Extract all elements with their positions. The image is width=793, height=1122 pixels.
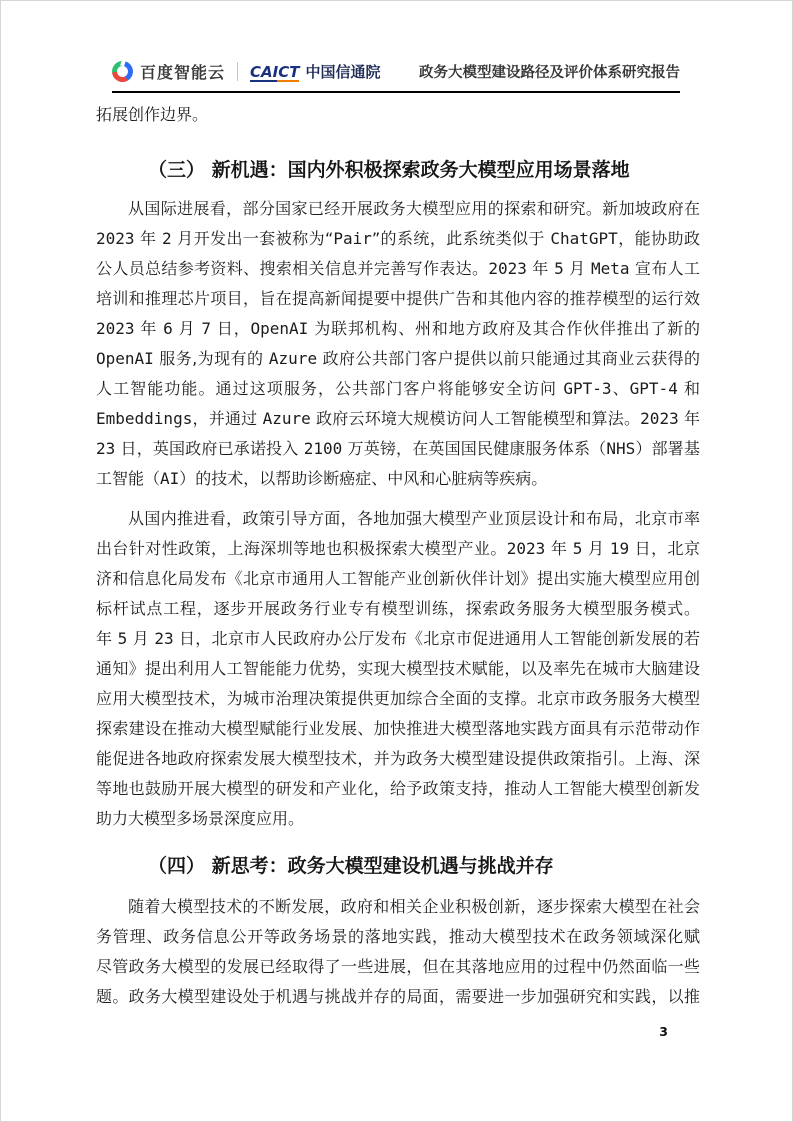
text-line: 随着大模型技术的不断发展，政府和相关企业积极创新，逐步探索大模型在社会服: [96, 892, 700, 922]
latin-text: 5: [554, 259, 564, 278]
latin-text: GPT-4: [630, 379, 678, 398]
latin-text: 23: [96, 439, 115, 458]
document-page: 百度智能云 CAICT 中国信通院 政务大模型建设路径及评价体系研究报告 拓展创…: [0, 0, 793, 1122]
latin-text: 2023: [488, 259, 527, 278]
latin-text: NHS: [606, 439, 635, 458]
text-line: 应用大模型技术，为城市治理决策提供更加综合全面的支撑。北京市政务服务大模型的: [96, 684, 700, 714]
paragraph: 随着大模型技术的不断发展，政府和相关企业积极创新，逐步探索大模型在社会服务管理、…: [96, 892, 700, 1012]
latin-text: 2023: [507, 539, 546, 558]
header-rule: [112, 91, 680, 93]
text-line: 助力大模型多场景深度应用。: [96, 804, 700, 834]
latin-text: 7: [201, 319, 211, 338]
text-line: 尽管政务大模型的发展已经取得了一些进展，但在其落地应用的过程中仍然面临一些问: [96, 952, 700, 982]
text-line: 工智能（AI）的技术，以帮助诊断癌症、中风和心脏病等疾病。: [96, 464, 700, 494]
latin-text: Pair: [333, 229, 372, 248]
latin-text: GPT-3: [563, 379, 611, 398]
baidu-logo-text: 百度智能云: [140, 60, 225, 83]
text-line: 2023 年 6 月 7 日，OpenAI 为联邦机构、州和地方政府及其合作伙伴…: [96, 314, 700, 344]
caict-logo-text: CAICT: [250, 63, 299, 82]
latin-text: 19: [610, 539, 629, 558]
text-line: 人工智能功能。通过这项服务，公共部门客户将能够安全访问 GPT-3、GPT-4 …: [96, 374, 700, 404]
latin-text: 5: [118, 629, 128, 648]
text-line: Embeddings，并通过 Azure 政府云环境大规模访问人工智能模型和算法…: [96, 404, 700, 434]
text-line: 23 日，英国政府已承诺投入 2100 万英镑，在英国国民健康服务体系（NHS）…: [96, 434, 700, 464]
text-line: 培训和推理芯片项目，旨在提高新闻提要中提供广告和其他内容的推荐模型的运行效率。: [96, 284, 700, 314]
section-heading: （三） 新机遇：国内外积极探索政务大模型应用场景落地: [96, 156, 700, 184]
text-line: 拓展创作边界。: [96, 100, 700, 130]
text-line: 标杆试点工程，逐步开展政务行业专有模型训练，探索政务服务大模型服务模式。2023: [96, 594, 700, 624]
text-line: 公人员总结参考资料、搜索相关信息并完善写作表达。2023 年 5 月 Meta …: [96, 254, 700, 284]
paragraph: 拓展创作边界。: [96, 100, 700, 130]
caict-logo: CAICT 中国信通院: [250, 61, 380, 82]
text-line: 探索建设在推动大模型赋能行业发展、加快推进大模型落地实践方面具有示范带动作用，: [96, 714, 700, 744]
text-line: 从国内推进看，政策引导方面，各地加强大模型产业顶层设计和布局，北京市率先: [96, 504, 700, 534]
latin-text: 5: [573, 539, 583, 558]
text-line: 年 5 月 23 日，北京市人民政府办公厅发布《北京市促进通用人工智能创新发展的…: [96, 624, 700, 654]
latin-text: 2023: [640, 409, 679, 428]
report-title: 政务大模型建设路径及评价体系研究报告: [419, 61, 680, 82]
latin-text: Meta: [591, 259, 630, 278]
baidu-cloud-logo: 百度智能云: [112, 60, 225, 83]
latin-text: Azure: [269, 349, 317, 368]
logo-divider: [237, 62, 238, 81]
latin-text: 23: [154, 629, 173, 648]
text-line: 通知》提出利用人工智能能力优势，实现大模型技术赋能，以及率先在城市大脑建设中: [96, 654, 700, 684]
latin-text: OpenAI: [96, 349, 154, 368]
paragraph: 从国内推进看，政策引导方面，各地加强大模型产业顶层设计和布局，北京市率先出台针对…: [96, 504, 700, 834]
baidu-cloud-icon: [112, 61, 133, 82]
text-line: 2023 年 2 月开发出一套被称为“Pair”的系统，此系统类似于 ChatG…: [96, 224, 700, 254]
text-line: 能促进各地政府探索发展大模型技术，并为政务大模型建设提供政策指引。上海、深圳: [96, 744, 700, 774]
latin-text: 2100: [304, 439, 343, 458]
text-line: 从国际进展看，部分国家已经开展政务大模型应用的探索和研究。新加坡政府在: [96, 194, 700, 224]
section-heading: （四） 新思考：政务大模型建设机遇与挑战并存: [96, 852, 700, 880]
page-number: 3: [96, 1024, 700, 1039]
latin-text: 2: [162, 229, 172, 248]
latin-text: 2023: [96, 229, 135, 248]
text-line: 出台针对性政策，上海深圳等地也积极探索大模型产业。2023 年 5 月 19 日…: [96, 534, 700, 564]
latin-text: Azure: [263, 409, 311, 428]
paragraph: 从国际进展看，部分国家已经开展政务大模型应用的探索和研究。新加坡政府在2023 …: [96, 194, 700, 494]
latin-text: 2023: [96, 319, 135, 338]
latin-text: OpenAI: [251, 319, 309, 338]
text-line: OpenAI 服务,为现有的 Azure 政府公共部门客户提供以前只能通过其商业…: [96, 344, 700, 374]
caict-org-name: 中国信通院: [305, 61, 380, 82]
latin-text: AI: [160, 469, 179, 488]
latin-text: 6: [163, 319, 173, 338]
page-header: 百度智能云 CAICT 中国信通院 政务大模型建设路径及评价体系研究报告: [112, 56, 680, 86]
latin-text: ChatGPT: [550, 229, 617, 248]
document-body: 拓展创作边界。（三） 新机遇：国内外积极探索政务大模型应用场景落地从国际进展看，…: [96, 100, 700, 1012]
text-line: 等地也鼓励开展大模型的研发和产业化，给予政策支持，推动人工智能大模型创新发展，: [96, 774, 700, 804]
latin-text: Embeddings: [96, 409, 192, 428]
text-line: 务管理、政务信息公开等政务场景的落地实践，推动大模型技术在政务领域深化赋能。: [96, 922, 700, 952]
text-line: 题。政务大模型建设处于机遇与挑战并存的局面，需要进一步加强研究和实践，以推动: [96, 982, 700, 1012]
text-line: 济和信息化局发布《北京市通用人工智能产业创新伙伴计划》提出实施大模型应用创新: [96, 564, 700, 594]
